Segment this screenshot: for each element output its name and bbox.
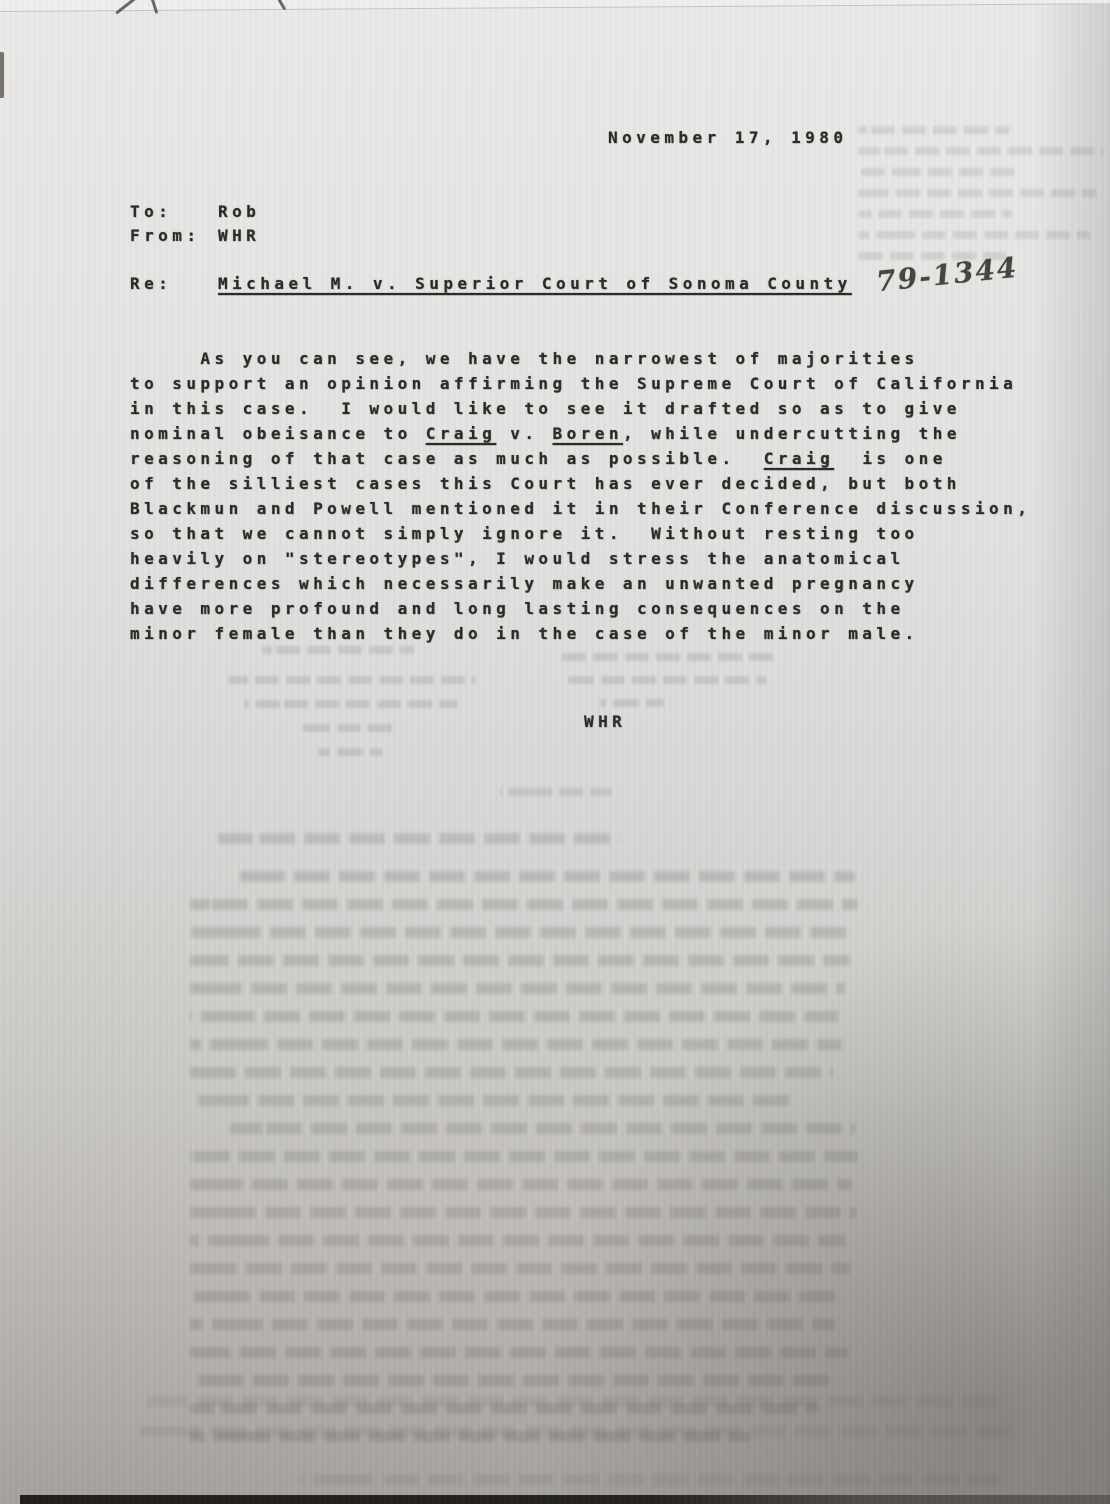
handwritten-case-number: 79-1344	[875, 251, 1020, 299]
bleed-through-line	[568, 676, 766, 684]
memo-to-line: To:Rob	[130, 199, 260, 224]
bleed-through-line	[190, 1095, 790, 1106]
memo-body: As you can see, we have the narrowest of…	[130, 346, 1031, 646]
from-label: From:	[130, 223, 218, 248]
memo-page: November 17, 1980 To:Rob From:WHR Re:Mic…	[0, 0, 1110, 1504]
bleed-through-line	[190, 1039, 842, 1050]
bleed-through-line	[190, 1067, 833, 1078]
bleed-through-line	[560, 653, 778, 661]
bleed-through-line	[858, 168, 1018, 176]
re-case-title: Michael M. v. Superior Court of Sonoma C…	[218, 274, 852, 293]
bleed-through-line	[190, 1431, 750, 1442]
bleed-through-line	[190, 1291, 840, 1302]
bleed-through-line	[230, 1123, 855, 1134]
bleed-through-line	[190, 1151, 858, 1162]
bleed-through-line	[190, 1375, 830, 1386]
bleed-through-line	[858, 231, 1090, 239]
bleed-through-line	[190, 955, 850, 966]
bleed-through-line	[858, 210, 1012, 218]
bleed-through-line	[228, 676, 476, 684]
bleed-through-line	[262, 646, 414, 654]
bleed-through-line	[318, 748, 382, 756]
memo-body-line: heavily on "stereotypes", I would stress…	[130, 546, 1031, 571]
bleed-through-line	[300, 1474, 1000, 1485]
bleed-through-line	[858, 147, 1103, 155]
from-value: WHR	[218, 226, 260, 245]
bleed-through-line	[140, 1426, 1020, 1437]
scan-bottom-bar	[20, 1495, 1110, 1504]
signature-initials: WHR	[584, 709, 626, 734]
bleed-through-line	[218, 833, 620, 844]
bleed-through-line	[858, 189, 1096, 197]
bleed-through-line	[190, 1403, 818, 1414]
to-label: To:	[130, 199, 218, 224]
re-label: Re:	[130, 271, 218, 296]
bleed-through-line	[190, 1011, 838, 1022]
bleed-through-line	[858, 126, 1010, 134]
memo-body-line: minor female than they do in the case of…	[130, 621, 1031, 646]
bleed-through-line	[190, 1347, 848, 1358]
memo-from-line: From:WHR	[130, 223, 260, 248]
bleed-through-line	[190, 1207, 856, 1218]
memo-body-line: have more profound and long lasting cons…	[130, 596, 1031, 621]
memo-body-line: in this case. I would like to see it dra…	[130, 396, 1031, 421]
to-value: Rob	[218, 202, 260, 221]
scan-edge-artifact	[0, 52, 4, 98]
bleed-through-line	[190, 1319, 835, 1330]
memo-body-line: differences which necessarily make an un…	[130, 571, 1031, 596]
bleed-through-line	[190, 899, 858, 910]
bleed-through-line	[244, 700, 458, 708]
bleed-through-line	[600, 699, 664, 707]
memo-body-line: of the silliest cases this Court has eve…	[130, 471, 1031, 496]
bleed-through-line	[190, 927, 854, 938]
bleed-through-line	[140, 1396, 1000, 1407]
memo-body-line: Blackmun and Powell mentioned it in thei…	[130, 496, 1031, 521]
memo-body-line: reasoning of that case as much as possib…	[130, 446, 1031, 471]
bleed-through-line	[190, 983, 845, 994]
memo-body-line: As you can see, we have the narrowest of…	[130, 346, 1031, 371]
memo-body-line: so that we cannot simply ignore it. With…	[130, 521, 1031, 546]
bleed-through-line	[240, 871, 855, 882]
memo-re-line: Re:Michael M. v. Superior Court of Sonom…	[130, 271, 852, 296]
paper-top-edge	[0, 0, 1110, 12]
memo-body-line: to support an opinion affirming the Supr…	[130, 371, 1031, 396]
memo-date: November 17, 1980	[608, 125, 847, 150]
memo-body-line: nominal obeisance to Craig v. Boren, whi…	[130, 421, 1031, 446]
bleed-through-line	[190, 1263, 850, 1274]
bleed-through-line	[500, 788, 612, 796]
bleed-through-line	[298, 724, 394, 732]
bleed-through-line	[190, 1235, 845, 1246]
bleed-through-line	[190, 1179, 852, 1190]
